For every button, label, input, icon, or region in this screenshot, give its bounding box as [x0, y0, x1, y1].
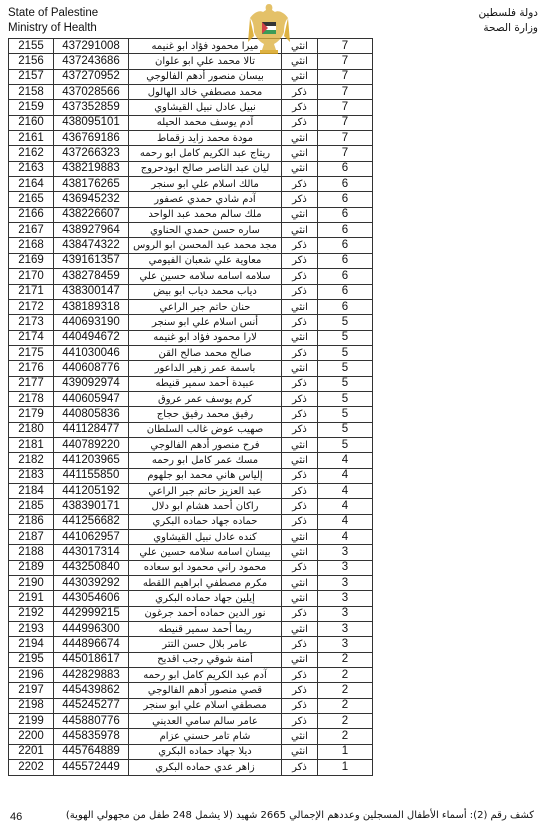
- id-number-cell: 445572449: [54, 760, 129, 775]
- gender-cell: ذكر: [282, 253, 318, 268]
- id-number-cell: 438095101: [54, 115, 129, 130]
- ministry-name-en: Ministry of Health: [8, 21, 98, 36]
- age-cell: 4: [318, 514, 373, 529]
- table-row: 2188443017314بيسان اسامه سلامه حسين عليا…: [9, 545, 373, 560]
- age-cell: 7: [318, 39, 373, 54]
- id-number-cell: 445018617: [54, 652, 129, 667]
- table-row: 2177439092974عبيدة أحمد سمير قنيطهذكر5: [9, 376, 373, 391]
- table-row: 2181440789220فرح منصور أدهم الفالوجيانثي…: [9, 437, 373, 452]
- gender-cell: انثي: [282, 161, 318, 176]
- gender-cell: ذكر: [282, 637, 318, 652]
- table-row: 2202445572449زاهر عدي حماده البكريذكر1: [9, 760, 373, 775]
- row-id-cell: 2189: [9, 560, 54, 575]
- age-cell: 1: [318, 760, 373, 775]
- id-number-cell: 443039292: [54, 576, 129, 591]
- age-cell: 4: [318, 483, 373, 498]
- gender-cell: انثي: [282, 729, 318, 744]
- gender-cell: انثي: [282, 223, 318, 238]
- child-name-cell: صالح محمد صالح القن: [129, 345, 282, 360]
- age-cell: 3: [318, 591, 373, 606]
- table-row: 2189443250840محمود راني محمود ابو سعادهذ…: [9, 560, 373, 575]
- table-row: 2200445835978شام تامر حسني عزامانثي2: [9, 729, 373, 744]
- table-row: 2190443039292مكرم مصطفي ابراهيم اللقطهان…: [9, 576, 373, 591]
- child-name-cell: حنان حاتم جبر الراعي: [129, 299, 282, 314]
- gender-cell: ذكر: [282, 100, 318, 115]
- age-cell: 6: [318, 161, 373, 176]
- child-name-cell: صهيب عوض غالب السلطان: [129, 422, 282, 437]
- gender-cell: ذكر: [282, 698, 318, 713]
- child-name-cell: محمد مصطفي خالد الهالول: [129, 85, 282, 100]
- child-name-cell: آدم يوسف محمد الحيله: [129, 115, 282, 130]
- state-name-ar: دولة فلسطين: [478, 6, 538, 21]
- row-id-cell: 2183: [9, 468, 54, 483]
- row-id-cell: 2193: [9, 622, 54, 637]
- gender-cell: انثي: [282, 146, 318, 161]
- table-row: 2193444996300ريما أحمد سمير قنيطهانثي3: [9, 622, 373, 637]
- gender-cell: ذكر: [282, 668, 318, 683]
- row-id-cell: 2199: [9, 714, 54, 729]
- id-number-cell: 440494672: [54, 330, 129, 345]
- table-row: 2197445439862قصي منصور أدهم الفالوجيذكر2: [9, 683, 373, 698]
- id-number-cell: 441030046: [54, 345, 129, 360]
- row-id-cell: 2200: [9, 729, 54, 744]
- table-row: 2185438390171راكان أحمد هشام ابو دلالذكر…: [9, 499, 373, 514]
- row-id-cell: 2176: [9, 361, 54, 376]
- row-id-cell: 2181: [9, 437, 54, 452]
- child-name-cell: ريما أحمد سمير قنيطه: [129, 622, 282, 637]
- row-id-cell: 2187: [9, 530, 54, 545]
- child-name-cell: نبيل عادل نبيل القيشاوي: [129, 100, 282, 115]
- child-name-cell: عامر بلال حسن التتر: [129, 637, 282, 652]
- row-id-cell: 2201: [9, 744, 54, 759]
- child-name-cell: مكرم مصطفي ابراهيم اللقطه: [129, 576, 282, 591]
- id-number-cell: 439092974: [54, 376, 129, 391]
- row-id-cell: 2157: [9, 69, 54, 84]
- age-cell: 6: [318, 207, 373, 222]
- row-id-cell: 2161: [9, 131, 54, 146]
- child-name-cell: عبيدة أحمد سمير قنيطه: [129, 376, 282, 391]
- id-number-cell: 437243686: [54, 54, 129, 69]
- table-row: 2170438278459سلامه اسامه سلامه حسين عليذ…: [9, 269, 373, 284]
- child-name-cell: معاوية علي شعبان الفيومي: [129, 253, 282, 268]
- age-cell: 5: [318, 345, 373, 360]
- id-number-cell: 438176265: [54, 177, 129, 192]
- table-row: 2159437352859نبيل عادل نبيل القيشاويذكر7: [9, 100, 373, 115]
- id-number-cell: 437352859: [54, 100, 129, 115]
- table-row: 2194444896674عامر بلال حسن التترذكر3: [9, 637, 373, 652]
- age-cell: 4: [318, 453, 373, 468]
- child-name-cell: أمنة شوقي رجب اقديح: [129, 652, 282, 667]
- table-row: 2192442999215نور الدين حماده أحمد جرغونذ…: [9, 606, 373, 621]
- child-name-cell: مسك عمر كامل ابو رحمه: [129, 453, 282, 468]
- gender-cell: ذكر: [282, 468, 318, 483]
- table-row: 2179440805836رفيق محمد رفيق حجاجذكر5: [9, 407, 373, 422]
- id-number-cell: 438278459: [54, 269, 129, 284]
- id-number-cell: 438474322: [54, 238, 129, 253]
- table-row: 2171438300147دياب محمد دياب ابو بيضذكر6: [9, 284, 373, 299]
- id-number-cell: 436769186: [54, 131, 129, 146]
- id-number-cell: 443054606: [54, 591, 129, 606]
- child-name-cell: أنس اسلام علي ابو سنجر: [129, 315, 282, 330]
- gender-cell: ذكر: [282, 177, 318, 192]
- row-id-cell: 2155: [9, 39, 54, 54]
- age-cell: 6: [318, 253, 373, 268]
- gender-cell: ذكر: [282, 192, 318, 207]
- table-row: 2195445018617أمنة شوقي رجب اقديحانثي2: [9, 652, 373, 667]
- id-number-cell: 438927964: [54, 223, 129, 238]
- row-id-cell: 2171: [9, 284, 54, 299]
- child-name-cell: آدم عبد الكريم كامل ابو رحمه: [129, 668, 282, 683]
- child-name-cell: نور الدين حماده أحمد جرغون: [129, 606, 282, 621]
- id-number-cell: 438226607: [54, 207, 129, 222]
- age-cell: 7: [318, 131, 373, 146]
- row-id-cell: 2178: [9, 391, 54, 406]
- age-cell: 2: [318, 683, 373, 698]
- id-number-cell: 438189318: [54, 299, 129, 314]
- state-name-en: State of Palestine: [8, 6, 98, 21]
- id-number-cell: 440608776: [54, 361, 129, 376]
- table-caption: كشف رقم (2): أسماء الأطفال المسجلين وعدد…: [66, 810, 534, 821]
- row-id-cell: 2166: [9, 207, 54, 222]
- child-name-cell: آدم شادي حمدي عصفور: [129, 192, 282, 207]
- row-id-cell: 2172: [9, 299, 54, 314]
- gender-cell: انثي: [282, 744, 318, 759]
- table-row: 2156437243686تالا محمد علي ابو علوانانثي…: [9, 54, 373, 69]
- child-name-cell: رفيق محمد رفيق حجاج: [129, 407, 282, 422]
- age-cell: 2: [318, 652, 373, 667]
- gender-cell: ذكر: [282, 422, 318, 437]
- id-number-cell: 440805836: [54, 407, 129, 422]
- age-cell: 4: [318, 499, 373, 514]
- child-name-cell: حماده جهاد حماده البكري: [129, 514, 282, 529]
- gender-cell: انثي: [282, 591, 318, 606]
- gender-cell: ذكر: [282, 269, 318, 284]
- table-row: 2198445245277مصطفي اسلام علي ابو سنجرذكر…: [9, 698, 373, 713]
- gender-cell: ذكر: [282, 238, 318, 253]
- gender-cell: انثي: [282, 453, 318, 468]
- gender-cell: ذكر: [282, 391, 318, 406]
- age-cell: 5: [318, 315, 373, 330]
- gender-cell: ذكر: [282, 376, 318, 391]
- age-cell: 3: [318, 606, 373, 621]
- gender-cell: ذكر: [282, 315, 318, 330]
- age-cell: 2: [318, 714, 373, 729]
- table-row: 2180441128477صهيب عوض غالب السلطانذكر5: [9, 422, 373, 437]
- row-id-cell: 2159: [9, 100, 54, 115]
- gender-cell: انثي: [282, 545, 318, 560]
- table-row: 2166438226607ملك سالم محمد عبد الواحدانث…: [9, 207, 373, 222]
- gender-cell: ذكر: [282, 606, 318, 621]
- age-cell: 6: [318, 269, 373, 284]
- row-id-cell: 2184: [9, 483, 54, 498]
- header-arabic: دولة فلسطين وزارة الصحة: [478, 6, 538, 36]
- table-row: 2196442829883آدم عبد الكريم كامل ابو رحم…: [9, 668, 373, 683]
- id-number-cell: 440789220: [54, 437, 129, 452]
- id-number-cell: 441062957: [54, 530, 129, 545]
- id-number-cell: 444896674: [54, 637, 129, 652]
- child-name-cell: فرح منصور أدهم الفالوجي: [129, 437, 282, 452]
- gender-cell: ذكر: [282, 345, 318, 360]
- table-row: 2173440693190أنس اسلام علي ابو سنجرذكر5: [9, 315, 373, 330]
- age-cell: 6: [318, 177, 373, 192]
- id-number-cell: 445764889: [54, 744, 129, 759]
- id-number-cell: 436945232: [54, 192, 129, 207]
- age-cell: 5: [318, 330, 373, 345]
- child-name-cell: كرم يوسف عمر عروق: [129, 391, 282, 406]
- child-name-cell: راكان أحمد هشام ابو دلال: [129, 499, 282, 514]
- age-cell: 1: [318, 744, 373, 759]
- age-cell: 3: [318, 576, 373, 591]
- age-cell: 6: [318, 284, 373, 299]
- gender-cell: انثي: [282, 330, 318, 345]
- row-id-cell: 2202: [9, 760, 54, 775]
- row-id-cell: 2180: [9, 422, 54, 437]
- row-id-cell: 2177: [9, 376, 54, 391]
- age-cell: 5: [318, 376, 373, 391]
- age-cell: 6: [318, 238, 373, 253]
- gender-cell: ذكر: [282, 560, 318, 575]
- table-row: 2155437291008ميرا محمود فؤاد ابو غنيمهان…: [9, 39, 373, 54]
- age-cell: 7: [318, 69, 373, 84]
- age-cell: 4: [318, 468, 373, 483]
- row-id-cell: 2186: [9, 514, 54, 529]
- row-id-cell: 2185: [9, 499, 54, 514]
- id-number-cell: 442829883: [54, 668, 129, 683]
- child-name-cell: باسمة عمر زهير الداعور: [129, 361, 282, 376]
- table-row: 2174440494672لارا محمود فؤاد ابو غنيمهان…: [9, 330, 373, 345]
- child-name-cell: لارا محمود فؤاد ابو غنيمه: [129, 330, 282, 345]
- page-number: 46: [10, 811, 22, 823]
- children-list-table: 2155437291008ميرا محمود فؤاد ابو غنيمهان…: [8, 38, 373, 776]
- id-number-cell: 438219883: [54, 161, 129, 176]
- child-name-cell: ساره حسن حمدي الحناوي: [129, 223, 282, 238]
- gender-cell: ذكر: [282, 499, 318, 514]
- child-name-cell: عبد العزيز حاتم جبر الراعي: [129, 483, 282, 498]
- row-id-cell: 2192: [9, 606, 54, 621]
- row-id-cell: 2197: [9, 683, 54, 698]
- age-cell: 7: [318, 115, 373, 130]
- child-name-cell: شام تامر حسني عزام: [129, 729, 282, 744]
- row-id-cell: 2165: [9, 192, 54, 207]
- id-number-cell: 439161357: [54, 253, 129, 268]
- gender-cell: ذكر: [282, 85, 318, 100]
- age-cell: 5: [318, 437, 373, 452]
- row-id-cell: 2156: [9, 54, 54, 69]
- gender-cell: انثي: [282, 576, 318, 591]
- row-id-cell: 2188: [9, 545, 54, 560]
- row-id-cell: 2182: [9, 453, 54, 468]
- id-number-cell: 445880776: [54, 714, 129, 729]
- gender-cell: انثي: [282, 652, 318, 667]
- age-cell: 4: [318, 530, 373, 545]
- table-row: 2165436945232آدم شادي حمدي عصفورذكر6: [9, 192, 373, 207]
- gender-cell: انثي: [282, 69, 318, 84]
- id-number-cell: 445439862: [54, 683, 129, 698]
- row-id-cell: 2173: [9, 315, 54, 330]
- table-row: 2191443054606إيلين جهاد حماده البكريانثي…: [9, 591, 373, 606]
- row-id-cell: 2175: [9, 345, 54, 360]
- table-row: 2160438095101آدم يوسف محمد الحيلهذكر7: [9, 115, 373, 130]
- table-row: 2164438176265مالك اسلام علي ابو سنجرذكر6: [9, 177, 373, 192]
- table-row: 2199445880776عامر سالم سامي العدينيذكر2: [9, 714, 373, 729]
- row-id-cell: 2191: [9, 591, 54, 606]
- table-row: 2168438474322مجد محمد عبد المحسن ابو الر…: [9, 238, 373, 253]
- table-row: 2158437028566محمد مصطفي خالد الهالولذكر7: [9, 85, 373, 100]
- child-name-cell: مالك اسلام علي ابو سنجر: [129, 177, 282, 192]
- age-cell: 6: [318, 192, 373, 207]
- gender-cell: ذكر: [282, 760, 318, 775]
- table-row: 2187441062957كنده عادل نبيل القيشاويانثي…: [9, 530, 373, 545]
- gender-cell: انثي: [282, 530, 318, 545]
- row-id-cell: 2162: [9, 146, 54, 161]
- age-cell: 2: [318, 698, 373, 713]
- age-cell: 5: [318, 391, 373, 406]
- ministry-name-ar: وزارة الصحة: [478, 21, 538, 36]
- table-row: 2184441205192عبد العزيز حاتم جبر الراعيذ…: [9, 483, 373, 498]
- id-number-cell: 441203965: [54, 453, 129, 468]
- id-number-cell: 440693190: [54, 315, 129, 330]
- child-name-cell: ملك سالم محمد عبد الواحد: [129, 207, 282, 222]
- table-row: 2201445764889ديلا جهاد حماده البكريانثي1: [9, 744, 373, 759]
- child-name-cell: ليان عبد الناصر صالح ابودحروج: [129, 161, 282, 176]
- age-cell: 6: [318, 299, 373, 314]
- table-row: 2157437270952بيسان منصور أدهم الفالوجيان…: [9, 69, 373, 84]
- gender-cell: ذكر: [282, 483, 318, 498]
- id-number-cell: 440605947: [54, 391, 129, 406]
- gender-cell: ذكر: [282, 284, 318, 299]
- gender-cell: انثي: [282, 361, 318, 376]
- gender-cell: انثي: [282, 299, 318, 314]
- child-name-cell: إلياس هاني محمد ابو جلهوم: [129, 468, 282, 483]
- child-name-cell: ريتاج عبد الكريم كامل ابو رحمه: [129, 146, 282, 161]
- gender-cell: انثي: [282, 207, 318, 222]
- id-number-cell: 441155850: [54, 468, 129, 483]
- id-number-cell: 438300147: [54, 284, 129, 299]
- table-row: 2182441203965مسك عمر كامل ابو رحمهانثي4: [9, 453, 373, 468]
- age-cell: 7: [318, 146, 373, 161]
- row-id-cell: 2168: [9, 238, 54, 253]
- age-cell: 5: [318, 361, 373, 376]
- id-number-cell: 438390171: [54, 499, 129, 514]
- age-cell: 7: [318, 100, 373, 115]
- gender-cell: ذكر: [282, 683, 318, 698]
- child-name-cell: سلامه اسامه سلامه حسين علي: [129, 269, 282, 284]
- row-id-cell: 2160: [9, 115, 54, 130]
- age-cell: 5: [318, 407, 373, 422]
- age-cell: 2: [318, 668, 373, 683]
- id-number-cell: 437270952: [54, 69, 129, 84]
- child-name-cell: كنده عادل نبيل القيشاوي: [129, 530, 282, 545]
- table-row: 2167438927964ساره حسن حمدي الحناويانثي6: [9, 223, 373, 238]
- child-name-cell: بيسان منصور أدهم الفالوجي: [129, 69, 282, 84]
- id-number-cell: 445245277: [54, 698, 129, 713]
- child-name-cell: إيلين جهاد حماده البكري: [129, 591, 282, 606]
- id-number-cell: 437266323: [54, 146, 129, 161]
- child-name-cell: مصطفي اسلام علي ابو سنجر: [129, 698, 282, 713]
- row-id-cell: 2167: [9, 223, 54, 238]
- child-name-cell: زاهر عدي حماده البكري: [129, 760, 282, 775]
- age-cell: 3: [318, 545, 373, 560]
- row-id-cell: 2164: [9, 177, 54, 192]
- id-number-cell: 443017314: [54, 545, 129, 560]
- palestine-eagle-emblem-icon: [246, 2, 292, 58]
- id-number-cell: 437028566: [54, 85, 129, 100]
- id-number-cell: 437291008: [54, 39, 129, 54]
- gender-cell: انثي: [282, 131, 318, 146]
- row-id-cell: 2198: [9, 698, 54, 713]
- id-number-cell: 444996300: [54, 622, 129, 637]
- id-number-cell: 443250840: [54, 560, 129, 575]
- table-row: 2161436769186مودة محمد زايد زقماطانثي7: [9, 131, 373, 146]
- id-number-cell: 442999215: [54, 606, 129, 621]
- gender-cell: ذكر: [282, 115, 318, 130]
- age-cell: 2: [318, 729, 373, 744]
- table-row: 2169439161357معاوية علي شعبان الفيوميذكر…: [9, 253, 373, 268]
- table-row: 2175441030046صالح محمد صالح القنذكر5: [9, 345, 373, 360]
- child-name-cell: عامر سالم سامي العديني: [129, 714, 282, 729]
- child-name-cell: مجد محمد عبد المحسن ابو الروس: [129, 238, 282, 253]
- id-number-cell: 445835978: [54, 729, 129, 744]
- row-id-cell: 2169: [9, 253, 54, 268]
- table-row: 2178440605947كرم يوسف عمر عروقذكر5: [9, 391, 373, 406]
- child-name-cell: بيسان اسامه سلامه حسين علي: [129, 545, 282, 560]
- table-row: 2186441256682حماده جهاد حماده البكريذكر4: [9, 514, 373, 529]
- age-cell: 3: [318, 560, 373, 575]
- age-cell: 7: [318, 85, 373, 100]
- child-name-cell: دياب محمد دياب ابو بيض: [129, 284, 282, 299]
- row-id-cell: 2158: [9, 85, 54, 100]
- age-cell: 3: [318, 637, 373, 652]
- child-name-cell: مودة محمد زايد زقماط: [129, 131, 282, 146]
- child-name-cell: ديلا جهاد حماده البكري: [129, 744, 282, 759]
- header-english: State of Palestine Ministry of Health: [8, 6, 98, 36]
- row-id-cell: 2174: [9, 330, 54, 345]
- table-row: 2176440608776باسمة عمر زهير الداعورانثي5: [9, 361, 373, 376]
- table-row: 2183441155850إلياس هاني محمد ابو جلهومذك…: [9, 468, 373, 483]
- gender-cell: ذكر: [282, 407, 318, 422]
- gender-cell: انثي: [282, 437, 318, 452]
- id-number-cell: 441128477: [54, 422, 129, 437]
- age-cell: 5: [318, 422, 373, 437]
- child-name-cell: قصي منصور أدهم الفالوجي: [129, 683, 282, 698]
- age-cell: 6: [318, 223, 373, 238]
- gender-cell: انثي: [282, 622, 318, 637]
- gender-cell: ذكر: [282, 514, 318, 529]
- table-row: 2172438189318حنان حاتم جبر الراعيانثي6: [9, 299, 373, 314]
- row-id-cell: 2170: [9, 269, 54, 284]
- gender-cell: ذكر: [282, 714, 318, 729]
- child-name-cell: محمود راني محمود ابو سعاده: [129, 560, 282, 575]
- row-id-cell: 2196: [9, 668, 54, 683]
- id-number-cell: 441205192: [54, 483, 129, 498]
- row-id-cell: 2190: [9, 576, 54, 591]
- table-row: 2163438219883ليان عبد الناصر صالح ابودحر…: [9, 161, 373, 176]
- row-id-cell: 2194: [9, 637, 54, 652]
- age-cell: 7: [318, 54, 373, 69]
- row-id-cell: 2163: [9, 161, 54, 176]
- id-number-cell: 441256682: [54, 514, 129, 529]
- row-id-cell: 2195: [9, 652, 54, 667]
- age-cell: 3: [318, 622, 373, 637]
- table-row: 2162437266323ريتاج عبد الكريم كامل ابو ر…: [9, 146, 373, 161]
- row-id-cell: 2179: [9, 407, 54, 422]
